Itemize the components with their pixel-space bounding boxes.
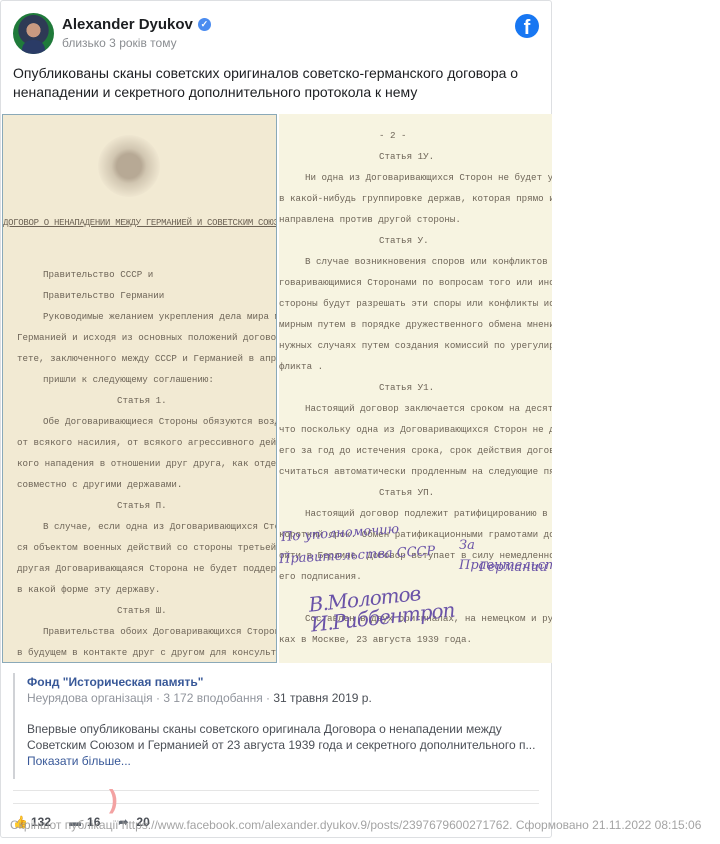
document-line: Германией и исходя из основных положений… <box>17 328 277 349</box>
document-line: - 2 - <box>279 126 552 147</box>
screenshot-watermark: Скріншот публікації https://www.facebook… <box>10 818 701 832</box>
document-line: совместно с другими державами. <box>17 475 277 496</box>
preview-likes: 3 172 вподобання <box>163 691 262 705</box>
document-scan-page-1[interactable]: ДОГОВОР О НЕНАПАДЕНИИ МЕЖДУ ГЕРМАНИЕЙ И … <box>2 114 277 663</box>
author-avatar[interactable] <box>13 13 54 54</box>
document-line: Статья У. <box>279 231 552 252</box>
document-line: считаться автоматически продленным на сл… <box>279 462 552 483</box>
author-name-text[interactable]: Alexander Dyukov <box>62 16 193 33</box>
post-images: ДОГОВОР О НЕНАПАДЕНИИ МЕЖДУ ГЕРМАНИЕЙ И … <box>2 114 552 663</box>
link-preview[interactable]: Фонд "Историческая память" Неурядова орг… <box>13 673 541 779</box>
post-header: Alexander Dyukov ✓ близько 3 років тому … <box>13 13 539 55</box>
document-line: Настоящий договор подлежит ратифицирован… <box>279 504 552 525</box>
meta-separator: · <box>153 691 164 705</box>
document-line: пришли к следующему соглашению: <box>17 370 277 391</box>
verified-badge-icon: ✓ <box>198 18 211 31</box>
sound-wave-icon: ) <box>109 783 129 815</box>
document-line: В случае возникновения споров или конфли… <box>279 252 552 273</box>
document-line: Обе Договаривающиеся Стороны обязуются в… <box>17 412 277 433</box>
divider <box>13 790 539 791</box>
document-line: направлена против другой стороны. <box>279 210 552 231</box>
document-line: Статья 1У. <box>279 147 552 168</box>
post-text: Опубликованы сканы советских оригиналов … <box>13 64 543 102</box>
document-line: Статья Ш. <box>17 601 277 622</box>
preview-category: Неурядова організація <box>27 691 153 705</box>
preview-meta: Неурядова організація · 3 172 вподобання… <box>27 691 541 705</box>
preview-date[interactable]: 31 травня 2019 р. <box>273 691 371 705</box>
document-line: мирным путем в порядке дружественного об… <box>279 315 552 336</box>
meta-separator: · <box>263 691 274 705</box>
document-scan-page-2[interactable]: - 2 -Статья 1У.Ни одна из Договаривающих… <box>279 114 552 663</box>
document-line: в будущем в контакте друг с другом для к… <box>17 643 277 663</box>
document-line: Статья 1. <box>17 391 277 412</box>
document-line: что поскольку одна из Договаривающихся С… <box>279 420 552 441</box>
document-line: стороны будут разрешать эти споры или ко… <box>279 294 552 315</box>
preview-body: Впервые опубликованы сканы советского ор… <box>27 721 541 753</box>
preview-page-title[interactable]: Фонд "Историческая память" <box>27 675 541 689</box>
document-line: Правительство СССР и <box>17 265 277 286</box>
document-line: ся объектом военных действий со стороны … <box>17 538 277 559</box>
document-line: фликта . <box>279 357 552 378</box>
post-timestamp[interactable]: близько 3 років тому <box>62 36 177 50</box>
document-title: ДОГОВОР О НЕНАПАДЕНИИ МЕЖДУ ГЕРМАНИЕЙ И … <box>3 213 277 233</box>
document-line: Статья П. <box>17 496 277 517</box>
document-line: Настоящий договор заключается сроком на … <box>279 399 552 420</box>
document-line: Статья УП. <box>279 483 552 504</box>
document-line: Ни одна из Договаривающихся Сторон не бу… <box>279 168 552 189</box>
signatures: По уполномочию Правительства СССР За Пра… <box>279 524 552 614</box>
document-line: Правительства обоих Договаривающихся Сто… <box>17 622 277 643</box>
document-line: говаривающимися Сторонами по вопросам то… <box>279 273 552 294</box>
document-line: Статья У1. <box>279 378 552 399</box>
document-line: нужных случаях путем создания комиссий п… <box>279 336 552 357</box>
document-line: другая Договаривающаяся Сторона не будет… <box>17 559 277 580</box>
post-card: Alexander Dyukov ✓ близько 3 років тому … <box>0 0 552 838</box>
document-line: в какой-нибудь группировке держав, котор… <box>279 189 552 210</box>
author-name[interactable]: Alexander Dyukov ✓ <box>62 16 211 33</box>
ussr-emblem-icon <box>98 135 160 197</box>
document-line: кого нападения в отношении друг друга, к… <box>17 454 277 475</box>
document-text-page-1: Правительство СССР иПравительство Герман… <box>17 265 277 663</box>
document-line: от всякого насилия, от всякого агрессивн… <box>17 433 277 454</box>
document-line: в какой форме эту державу. <box>17 580 277 601</box>
document-line: Правительство Германии <box>17 286 277 307</box>
show-more-link[interactable]: Показати більше... <box>27 753 541 769</box>
document-line: тете, заключенного между СССР и Германие… <box>17 349 277 370</box>
document-line: Руководимые желанием укрепления дела мир… <box>17 307 277 328</box>
facebook-icon[interactable]: f <box>515 14 539 38</box>
document-line: В случае, если одна из Договаривающихся … <box>17 517 277 538</box>
divider <box>13 803 539 804</box>
document-line: его за год до истечения срока, срок дейс… <box>279 441 552 462</box>
